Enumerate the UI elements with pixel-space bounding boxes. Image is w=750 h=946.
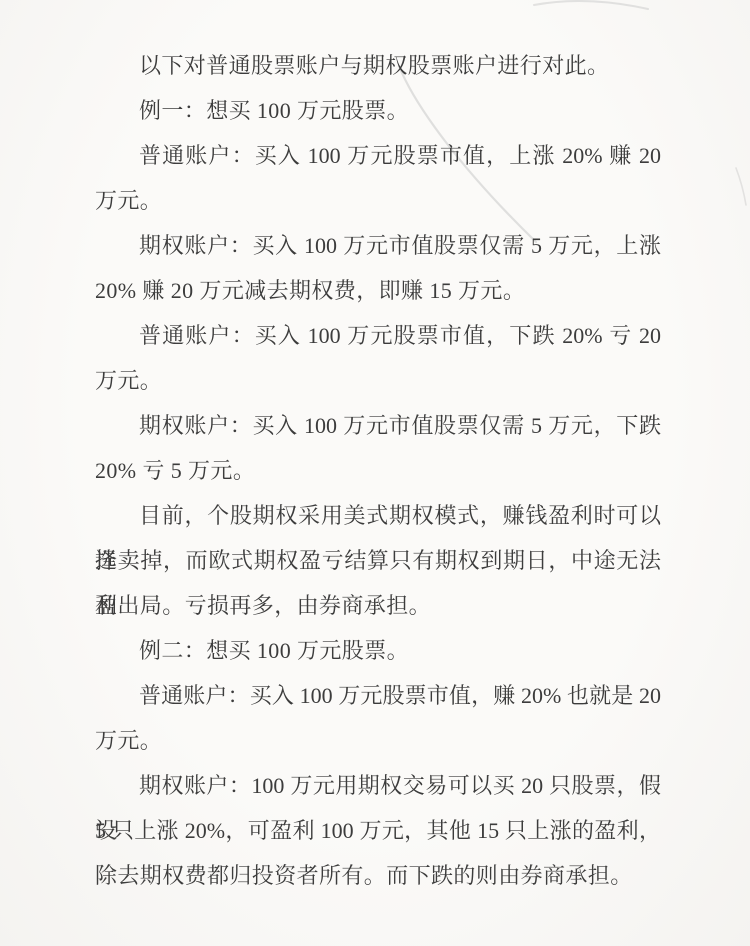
paragraph-ordinary-account-up: 普通账户：买入 100 万元股票市值，上涨 20% 赚 20 万元。	[95, 133, 661, 223]
text-line: 以下对普通股票账户与期权股票账户进行对此。	[95, 43, 661, 88]
text-line: 20% 赚 20 万元减去期权费，即赚 15 万元。	[95, 268, 661, 313]
paragraph-option-account-example2: 期权账户：100 万元用期权交易可以买 20 只股票，假设 5 只上涨 20%，…	[95, 763, 661, 898]
paragraph-ordinary-account-down: 普通账户：买入 100 万元股票市值，下跌 20% 亏 20 万元。	[95, 313, 661, 403]
text-line: 20% 亏 5 万元。	[95, 448, 661, 493]
paragraph-example1-title: 例一：想买 100 万元股票。	[95, 88, 661, 133]
paragraph-option-style-note: 目前，个股期权采用美式期权模式，赚钱盈利时可以选 择卖掉，而欧式期权盈亏结算只有…	[95, 493, 661, 628]
paragraph-intro: 以下对普通股票账户与期权股票账户进行对此。	[95, 43, 661, 88]
top-edge-mark	[534, 1, 648, 9]
paragraph-ordinary-account-example2: 普通账户：买入 100 万元股票市值，赚 20% 也就是 20 万元。	[95, 673, 661, 763]
text-line: 期权账户：100 万元用期权交易可以买 20 只股票，假设	[95, 763, 661, 808]
text-line: 万元。	[95, 718, 661, 763]
text-line: 例二：想买 100 万元股票。	[95, 628, 661, 673]
text-line: 例一：想买 100 万元股票。	[95, 88, 661, 133]
paragraph-example2-title: 例二：想买 100 万元股票。	[95, 628, 661, 673]
text-line: 万元。	[95, 178, 661, 223]
scanned-page: 以下对普通股票账户与期权股票账户进行对此。 例一：想买 100 万元股票。 普通…	[0, 0, 750, 946]
text-block: 以下对普通股票账户与期权股票账户进行对此。 例一：想买 100 万元股票。 普通…	[95, 43, 661, 898]
paragraph-option-account-down: 期权账户：买入 100 万元市值股票仅需 5 万元，下跌 20% 亏 5 万元。	[95, 403, 661, 493]
text-line: 除去期权费都归投资者所有。而下跌的则由券商承担。	[95, 853, 661, 898]
paragraph-option-account-up: 期权账户：买入 100 万元市值股票仅需 5 万元，上涨 20% 赚 20 万元…	[95, 223, 661, 313]
text-line: 择卖掉，而欧式期权盈亏结算只有期权到期日，中途无法盈	[95, 538, 661, 583]
text-line: 普通账户：买入 100 万元股票市值，赚 20% 也就是 20	[95, 673, 661, 718]
text-line: 期权账户：买入 100 万元市值股票仅需 5 万元，下跌	[95, 403, 661, 448]
text-line: 利出局。亏损再多，由券商承担。	[95, 583, 661, 628]
text-line: 普通账户：买入 100 万元股票市值，下跌 20% 亏 20	[95, 313, 661, 358]
text-line: 5 只上涨 20%，可盈利 100 万元，其他 15 只上涨的盈利，	[95, 808, 661, 853]
text-line: 普通账户：买入 100 万元股票市值，上涨 20% 赚 20	[95, 133, 661, 178]
text-line: 万元。	[95, 358, 661, 403]
text-line: 期权账户：买入 100 万元市值股票仅需 5 万元，上涨	[95, 223, 661, 268]
text-line: 目前，个股期权采用美式期权模式，赚钱盈利时可以选	[95, 493, 661, 538]
right-edge-mark	[736, 168, 746, 205]
